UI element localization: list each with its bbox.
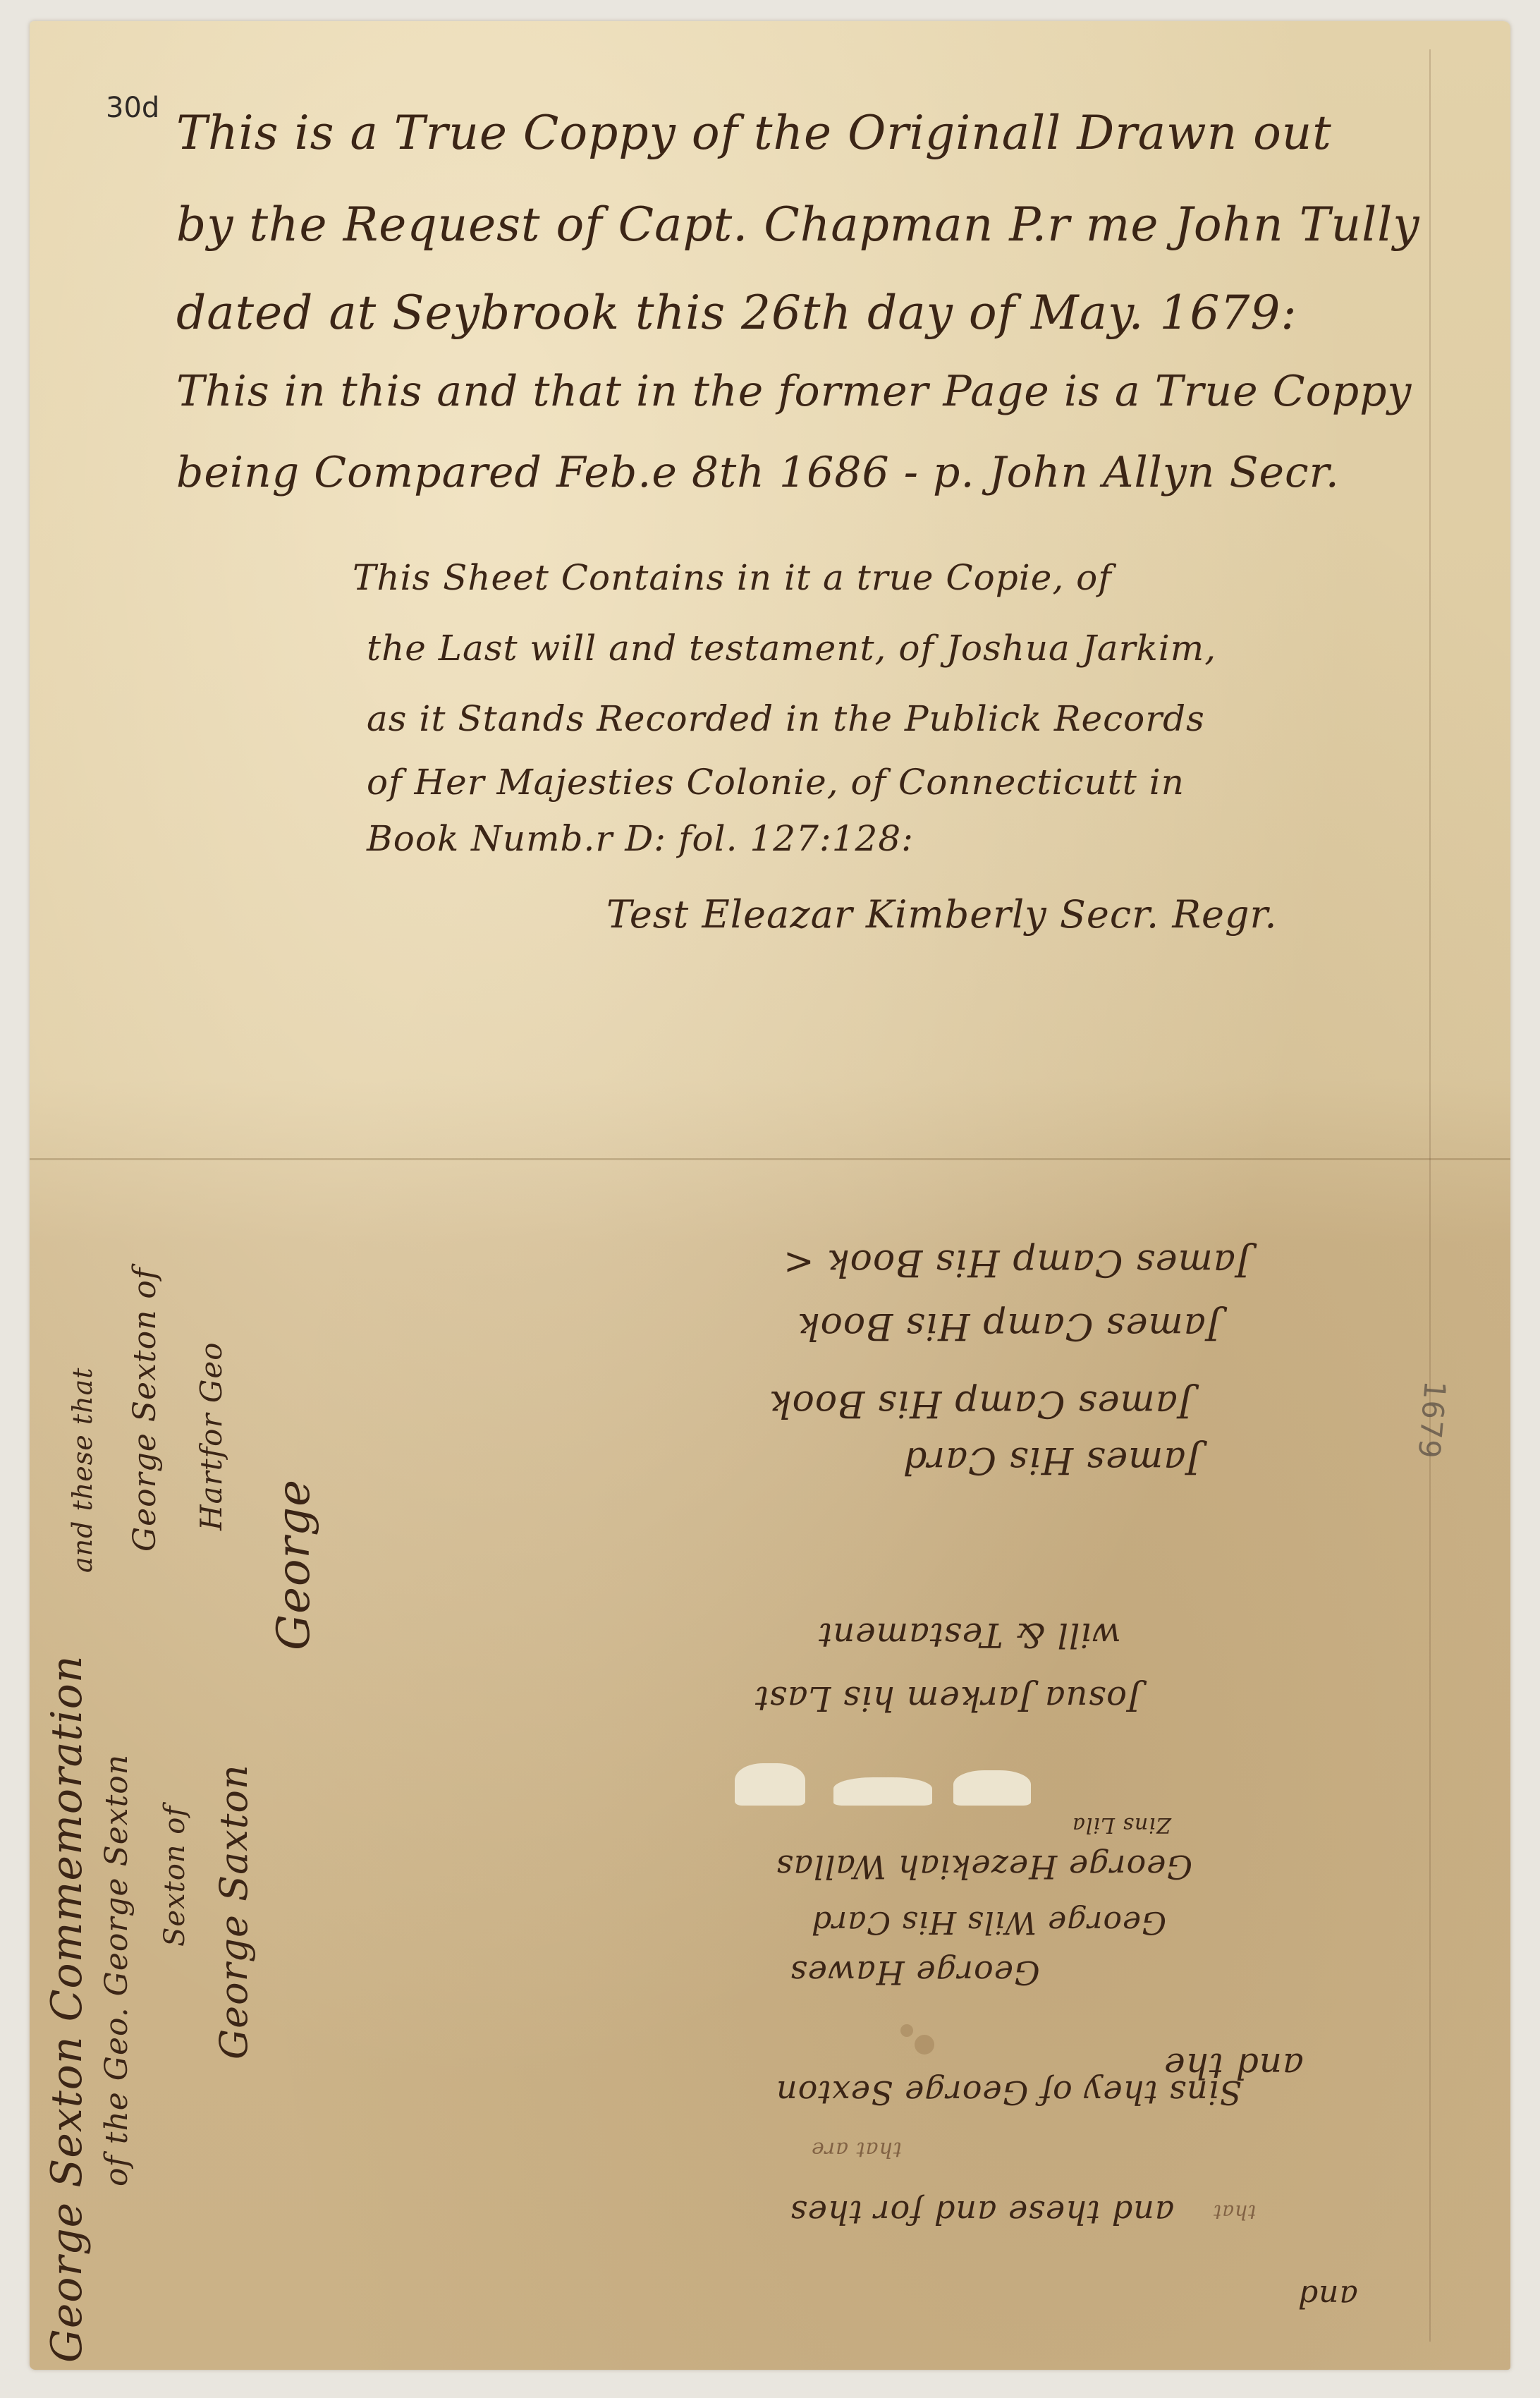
endorsement-line: George Hawes: [790, 1954, 1040, 1992]
will-title-line: will & Testament: [818, 1615, 1121, 1655]
paper-tear: [833, 1777, 932, 1806]
horizontal-fold-line: [30, 1158, 1510, 1160]
attestation-line: as it Stands Recorded in the Publick Rec…: [367, 698, 1205, 739]
margin-note-line: George Sexton Commemoration: [42, 1655, 92, 2363]
endorsement-line: George Wils His Card: [811, 1904, 1166, 1940]
vertical-fold-line: [1429, 49, 1431, 2342]
endorsement-line: James Camp His Book: [797, 1305, 1221, 1347]
endorsement-line: James Camp His Book <: [783, 1241, 1251, 1284]
endorsement-line: George Hezekiah Wallas: [776, 1848, 1192, 1886]
attestation-line: of Her Majesties Colonie, of Connecticut…: [367, 762, 1185, 803]
certification-line: dated at Seybrook this 26th day of May. …: [176, 286, 1297, 340]
margin-note-line: and these that: [67, 1367, 98, 1573]
margin-note-line: Hartfor Geo: [194, 1341, 228, 1530]
endorsement-line: that are: [811, 2137, 902, 2162]
ink-stain: [915, 2035, 934, 2055]
margin-note-line: Sexton of: [159, 1806, 191, 1947]
folio-number: 30d: [106, 92, 159, 124]
margin-note-line: George: [268, 1479, 320, 1650]
certification-line: This in this and that in the former Page…: [176, 367, 1412, 416]
will-title-line: Josua Jarkem his Last: [754, 1679, 1141, 1718]
margin-note-line: George Sexton of: [127, 1267, 163, 1552]
attestation-line: the Last will and testament, of Joshua J…: [367, 628, 1216, 669]
certification-line: This is a True Coppy of the Originall Dr…: [176, 106, 1332, 160]
margin-note-line: George Saxton: [212, 1764, 256, 2059]
attestation-signature: Test Eleazar Kimberly Secr. Regr.: [606, 892, 1278, 937]
paper-tear: [953, 1770, 1031, 1806]
endorsement-line: James His Card: [903, 1439, 1201, 1481]
right-margin-pencil-note: 1679: [1412, 1380, 1453, 1461]
endorsement-line: Sins they of George Sexton: [776, 2074, 1242, 2112]
endorsement-line: Zins Lila: [1072, 1813, 1171, 1837]
certification-line: by the Request of Capt. Chapman P.r me J…: [176, 197, 1420, 252]
ink-stain: [900, 2024, 913, 2037]
endorsement-line: and: [1297, 2278, 1358, 2314]
attestation-line: This Sheet Contains in it a true Copie, …: [353, 557, 1112, 598]
paper-tear: [735, 1763, 805, 1806]
attestation-line: Book Numb.r D: fol. 127:128:: [367, 818, 914, 859]
certification-line: being Compared Feb.e 8th 1686 - p. John …: [176, 448, 1340, 497]
margin-note-line: of the Geo. George Sexton: [99, 1754, 135, 2186]
endorsement-line: that: [1213, 2201, 1256, 2224]
endorsement-line: James Camp His Book: [769, 1382, 1193, 1425]
endorsement-line: and these and for thes: [790, 2193, 1174, 2232]
